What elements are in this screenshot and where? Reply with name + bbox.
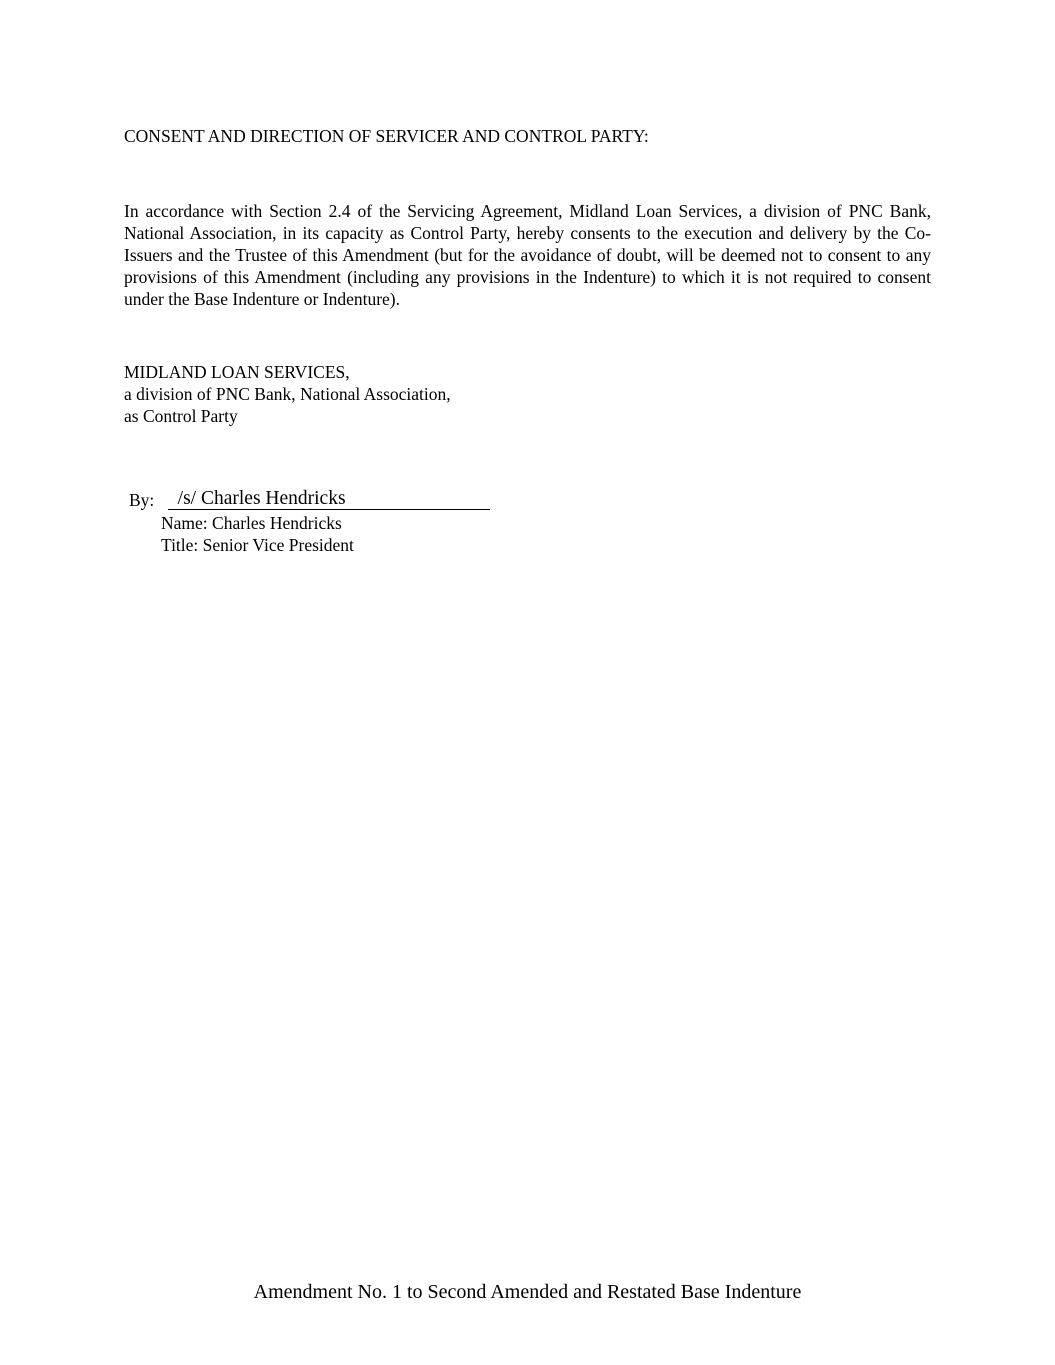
party-division: a division of PNC Bank, National Associa… bbox=[124, 383, 451, 405]
section-heading: CONSENT AND DIRECTION OF SERVICER AND CO… bbox=[124, 125, 649, 147]
signature-text: /s/ Charles Hendricks bbox=[178, 488, 346, 510]
by-label: By: bbox=[129, 489, 154, 511]
consent-paragraph: In accordance with Section 2.4 of the Se… bbox=[124, 200, 931, 310]
signature-line: By: /s/ Charles Hendricks bbox=[129, 489, 490, 511]
signatory-title: Title: Senior Vice President bbox=[161, 534, 354, 556]
party-block: MIDLAND LOAN SERVICES, a division of PNC… bbox=[124, 361, 451, 427]
party-name: MIDLAND LOAN SERVICES, bbox=[124, 361, 451, 383]
document-page: CONSENT AND DIRECTION OF SERVICER AND CO… bbox=[0, 0, 1055, 1365]
signature-field: /s/ Charles Hendricks bbox=[168, 489, 490, 511]
page-footer: Amendment No. 1 to Second Amended and Re… bbox=[0, 1279, 1055, 1305]
signatory-details: Name: Charles Hendricks Title: Senior Vi… bbox=[161, 512, 354, 556]
party-capacity: as Control Party bbox=[124, 405, 451, 427]
signatory-name: Name: Charles Hendricks bbox=[161, 512, 354, 534]
